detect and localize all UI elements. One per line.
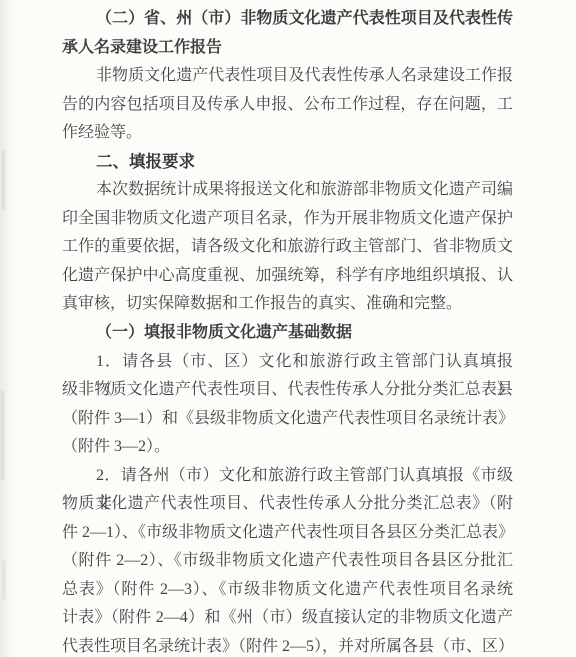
text-line: （一）填报非物质文化遗产基础数据 [62,319,513,348]
text-line: 真审核，切实保障数据和工作报告的真实、准确和完整。 [62,290,513,319]
text-line: 本次数据统计成果将报送文化和旅游部非物质文化遗产司编 [62,176,513,205]
text-line: 物质文化遗产代表性项目、代表性传承人分批分类汇总表》（附 [62,490,513,519]
text-line: （附件 3—1）和《县级非物质文化遗产代表性项目名录统计表》 [62,405,513,434]
scan-artifact [2,150,5,210]
text-line: 总表》（附件 2—3）、《市级非物质文化遗产代表性项目名录统 [62,576,513,605]
scan-artifact [3,560,5,600]
text-line: 代表性项目名录统计表》（附件 2—5），并对所属各县（市、区） [62,633,513,657]
scan-artifact [1,390,4,480]
text-line: 2．请各州（市）文化和旅游行政主管部门认真填报《市级非 [62,462,513,491]
text-line: 件 2—1）、《市级非物质文化遗产代表性项目各县区分类汇总表》 [62,519,513,548]
text-line: （附件 3—2）。 [62,433,513,462]
text-line: 工作的重要依据，请各级文化和旅游行政主管部门、省非物质文 [62,233,513,262]
text-line: 印全国非物质文化遗产项目名录，作为开展非物质文化遗产保护 [62,205,513,234]
text-line: 承人名录建设工作报告 [62,34,513,63]
text-line: 化遗产保护中心高度重视、加强统筹，科学有序地组织填报、认 [62,262,513,291]
text-line: （附件 2—2）、《市级非物质文化遗产代表性项目各县区分批汇 [62,547,513,576]
text-line: （二）省、州（市）非物质文化遗产代表性项目及代表性传 [62,5,513,34]
text-line: 1．请各县（市、区）文化和旅游行政主管部门认真填报《县 [62,348,513,377]
text-line: 计表》（附件 2—4）和《州（市）级直接认定的非物质文化遗产 [62,604,513,633]
document-body: （二）省、州（市）非物质文化遗产代表性项目及代表性传承人名录建设工作报告非物质文… [62,5,513,657]
scanned-document-page: （二）省、州（市）非物质文化遗产代表性项目及代表性传承人名录建设工作报告非物质文… [0,0,576,657]
text-line: 级非物质文化遗产代表性项目、代表性传承人分批分类汇总表》 [62,376,513,405]
text-line: 作经验等。 [62,119,513,148]
text-line: 告的内容包括项目及传承人申报、公布工作过程，存在问题，工 [62,91,513,120]
text-line: 非物质文化遗产代表性项目及代表性传承人名录建设工作报 [62,62,513,91]
text-line: 二、填报要求 [62,148,513,177]
